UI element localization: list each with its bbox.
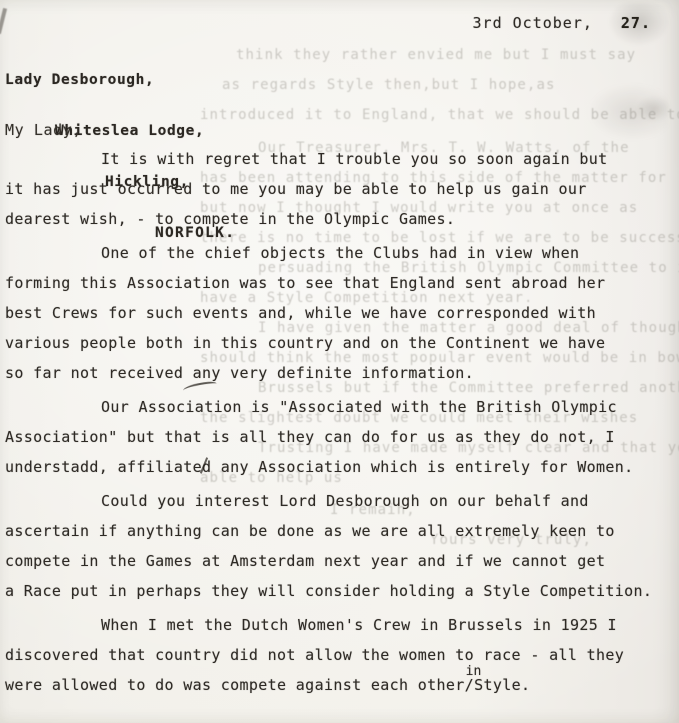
letter-line: were allowed to do was compete against e…: [5, 676, 673, 706]
letter-line: forming this Association was to see that…: [5, 274, 673, 304]
letter-line: best Crews for such events and, while we…: [5, 304, 673, 334]
letter-body: It is with regret that I trouble you so …: [5, 150, 673, 710]
ghost-line: introduced it to England, that we should…: [200, 108, 679, 122]
paragraph: Could you interest Lord Desborough on ou…: [5, 492, 673, 612]
letter-line: various people both in this country and …: [5, 334, 673, 364]
letter-line: so far not received any very definite in…: [5, 364, 673, 394]
letter-line: Our Association is "Associated with the …: [5, 398, 673, 428]
paragraph: It is with regret that I trouble you so …: [5, 150, 673, 240]
letter-line: One of the chief objects the Clubs had i…: [5, 244, 673, 274]
paragraph: When I met the Dutch Women's Crew in Bru…: [5, 616, 673, 706]
letter-line: it has just occurred to me you may be ab…: [5, 180, 673, 210]
letter-line: a Race put in perhaps they will consider…: [5, 582, 673, 612]
ghost-line: as regards Style then,but I hope,as: [222, 78, 556, 92]
paragraph: One of the chief objects the Clubs had i…: [5, 244, 673, 394]
inline-insertion: in/: [465, 676, 474, 694]
recipient-name: Lady Desborough,: [5, 72, 235, 89]
date-line: 3rd October, 27.: [473, 14, 651, 32]
letter-line: compete in the Games at Amsterdam next y…: [5, 552, 673, 582]
letter-line: dearest wish, - to compete in the Olympi…: [5, 210, 673, 240]
inserted-word-above: in: [466, 664, 482, 679]
salutation: My Lady,: [5, 121, 82, 139]
letter-line: When I met the Dutch Women's Crew in Bru…: [5, 616, 673, 646]
line-text: were allowed to do was compete against e…: [5, 676, 465, 694]
letter-line: Could you interest Lord Desborough on ou…: [5, 492, 673, 522]
date-text: 3rd October,: [473, 14, 593, 32]
paragraph: Our Association is "Associated with the …: [5, 398, 673, 488]
letter-line: It is with regret that I trouble you so …: [5, 150, 673, 180]
letter-line: understadd, affiliated any Association w…: [5, 458, 673, 488]
scanned-letter-page: think they rather envied me but I must s…: [0, 0, 679, 723]
letter-line: ascertain if anything can be done as we …: [5, 522, 673, 552]
ghost-line: think they rather envied me but I must s…: [236, 48, 636, 62]
letter-line: Association" but that is all they can do…: [5, 428, 673, 458]
letter-line: discovered that country did not allow th…: [5, 646, 673, 676]
year-text: 27.: [621, 14, 651, 32]
line-text: Style.: [474, 676, 530, 694]
